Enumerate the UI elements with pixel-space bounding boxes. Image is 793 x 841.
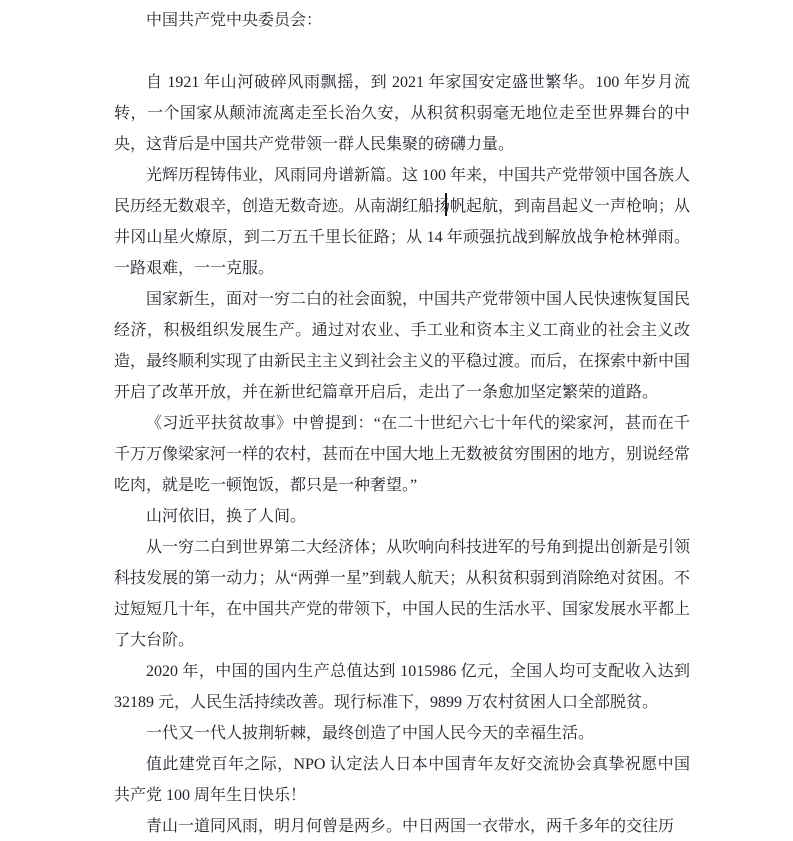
- paragraph-9[interactable]: 值此建党百年之际，NPO 认定法人日本中国青年友好交流协会真挚祝愿中国共产党 1…: [114, 749, 690, 811]
- salutation[interactable]: 中国共产党中央委员会：: [114, 5, 690, 36]
- paragraph-6[interactable]: 从一穷二白到世界第二大经济体；从吹响向科技进军的号角到提出创新是引领科技发展的第…: [114, 532, 690, 656]
- paragraph-10[interactable]: 青山一道同风雨，明月何曾是两乡。中日两国一衣带水，两千多年的交往历: [114, 811, 690, 841]
- paragraph-1[interactable]: 自 1921 年山河破碎风雨飘摇，到 2021 年家国安定盛世繁华。100 年岁…: [114, 67, 690, 160]
- paragraph-3[interactable]: 国家新生，面对一穷二白的社会面貌，中国共产党带领中国人民快速恢复国民经济，积极组…: [114, 284, 690, 408]
- paragraph-8[interactable]: 一代又一代人披荆斩棘，最终创造了中国人民今天的幸福生活。: [114, 718, 690, 749]
- paragraph-4[interactable]: 《习近平扶贫故事》中曾提到：“在二十世纪六七十年代的梁家河，甚而在千千万万像梁家…: [114, 408, 690, 501]
- paragraph-2[interactable]: 光辉历程铸伟业，风雨同舟谱新篇。这 100 年来，中国共产党带领中国各族人民历经…: [114, 160, 690, 284]
- document-page[interactable]: 中国共产党中央委员会： 自 1921 年山河破碎风雨飘摇，到 2021 年家国安…: [0, 0, 793, 841]
- paragraph-7[interactable]: 2020 年，中国的国内生产总值达到 1015986 亿元，全国人均可支配收入达…: [114, 656, 690, 718]
- document-body[interactable]: 中国共产党中央委员会： 自 1921 年山河破碎风雨飘摇，到 2021 年家国安…: [114, 5, 690, 841]
- paragraph-5[interactable]: 山河依旧，换了人间。: [114, 501, 690, 532]
- text-cursor-caret: [445, 193, 447, 216]
